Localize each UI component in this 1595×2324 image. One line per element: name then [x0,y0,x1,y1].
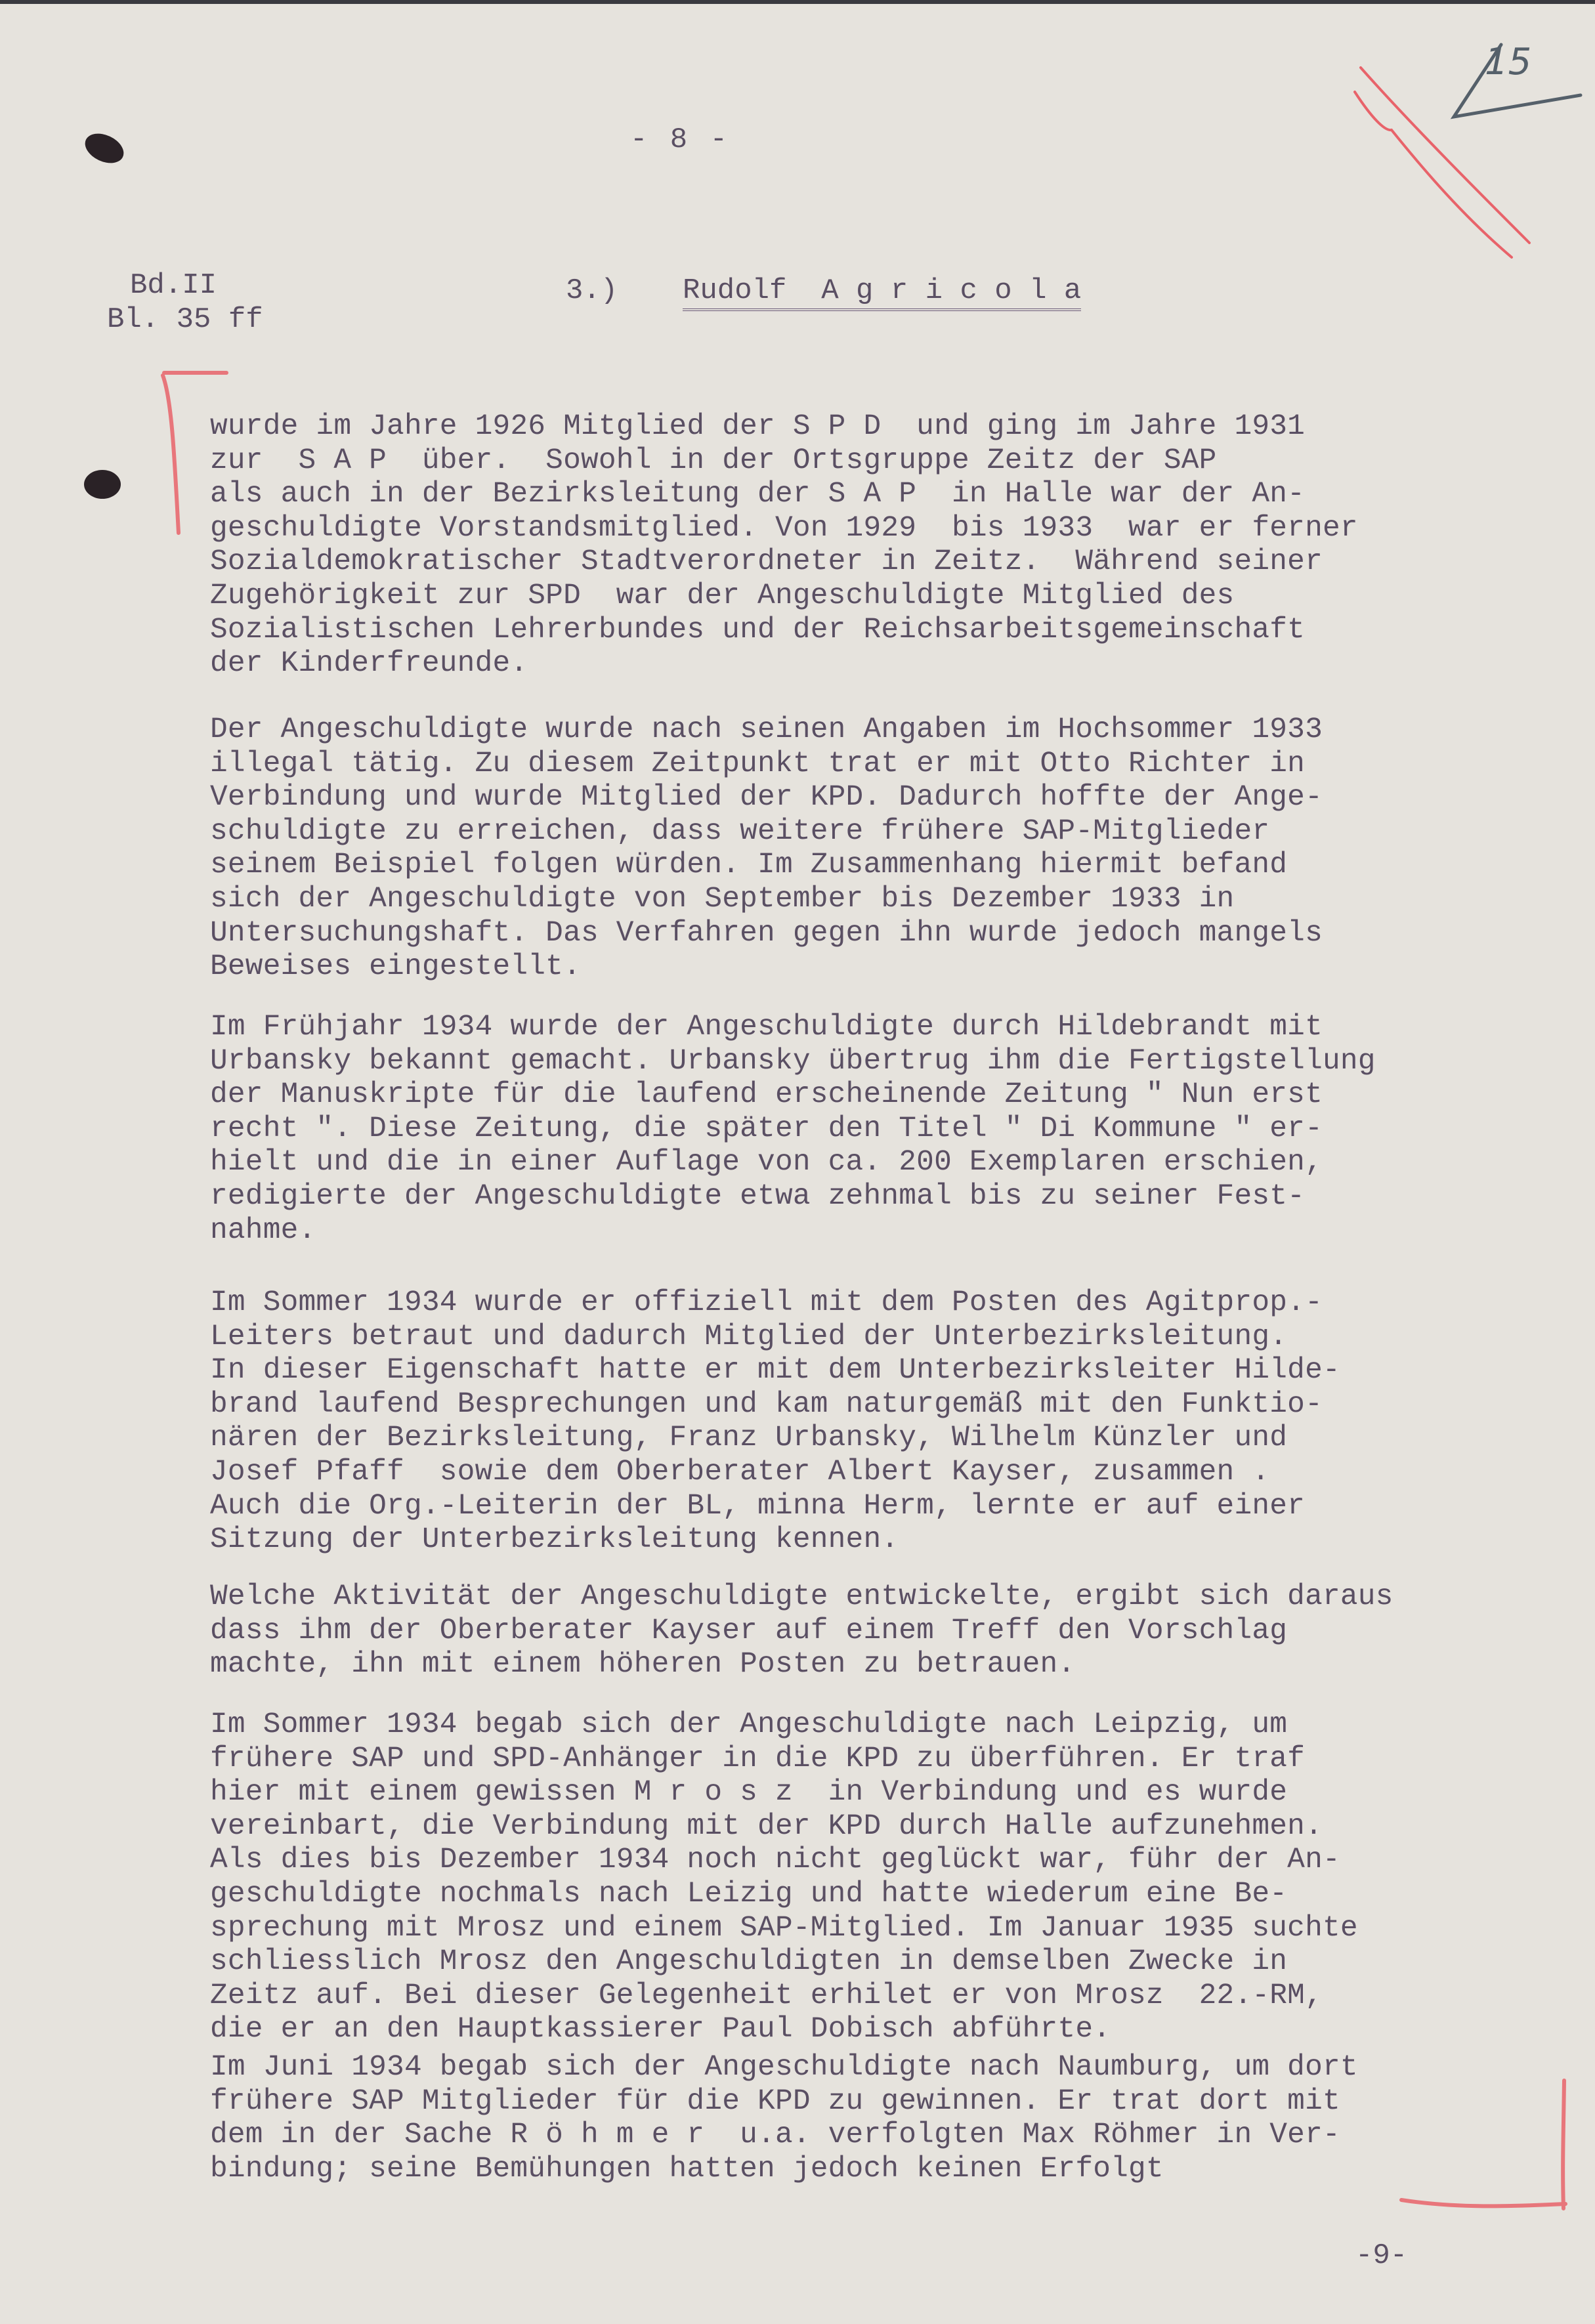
text-line: zur S A P über. Sowohl in der Ortsgruppe… [210,444,1358,478]
reference-sheet: Bl. 35 ff [107,303,263,336]
folio-number: 15 [1485,41,1531,83]
text-line: Auch die Org.-Leiterin der BL, minna Her… [210,1490,1340,1524]
text-line: bindung; seine Bemühungen hatten jedoch … [210,2153,1358,2187]
paragraph-naumburg: Im Juni 1934 begab sich der Angeschuldig… [210,2051,1358,2186]
text-line: Sozialistischen Lehrerbundes und der Rei… [210,614,1358,648]
text-line: schliesslich Mrosz den Angeschuldigten i… [210,1945,1358,1979]
text-line: hielt und die in einer Auflage von ca. 2… [210,1146,1376,1180]
red-strike-icon [1355,68,1529,257]
text-line: Zugehörigkeit zur SPD war der Angeschuld… [210,580,1358,614]
text-line: frühere SAP Mitglieder für die KPD zu ge… [210,2085,1358,2119]
red-bracket-close-icon [1401,2081,1565,2208]
text-line: nären der Bezirksleitung, Franz Urbansky… [210,1422,1340,1456]
text-line: der Manuskripte für die laufend erschein… [210,1078,1376,1112]
text-line: brand laufend Besprechungen und kam natu… [210,1388,1340,1422]
text-line: Beweises eingestellt. [210,950,1323,984]
text-line: Als dies bis Dezember 1934 noch nicht ge… [210,1844,1358,1878]
text-line: schuldigte zu erreichen, dass weitere fr… [210,815,1323,849]
text-line: recht ". Diese Zeitung, die später den T… [210,1112,1376,1147]
text-line: Urbansky bekannt gemacht. Urbansky übert… [210,1045,1376,1079]
text-line: Sitzung der Unterbezirksleitung kennen. [210,1523,1340,1557]
text-line: dass ihm der Oberberater Kayser auf eine… [210,1615,1393,1649]
text-line: der Kinderfreunde. [210,647,1358,681]
text-line: hier mit einem gewissen M r o s z in Ver… [210,1776,1358,1810]
text-line: Welche Aktivität der Angeschuldigte entw… [210,1580,1393,1615]
text-line: geschuldigte Vorstandsmitglied. Von 1929… [210,512,1358,546]
text-line: Im Frühjahr 1934 wurde der Angeschuldigt… [210,1011,1376,1045]
text-line: wurde im Jahre 1926 Mitglied der S P D u… [210,410,1358,444]
text-line: Im Sommer 1934 begab sich der Angeschuld… [210,1708,1358,1743]
text-line: Im Juni 1934 begab sich der Angeschuldig… [210,2051,1358,2085]
paragraph-agitprop: Im Sommer 1934 wurde er offiziell mit de… [210,1286,1340,1557]
text-line: seinem Beispiel folgen würden. Im Zusamm… [210,849,1323,883]
text-line: nahme. [210,1214,1376,1248]
section-number: 3.) [566,274,618,307]
paragraph-newspaper: Im Frühjahr 1934 wurde der Angeschuldigt… [210,1011,1376,1248]
text-line: frühere SAP und SPD-Anhänger in die KPD … [210,1743,1358,1777]
paragraph-activity: Welche Aktivität der Angeschuldigte entw… [210,1580,1393,1682]
text-line: Verbindung und wurde Mitglied der KPD. D… [210,781,1323,815]
reference-volume: Bd.II [130,269,217,302]
text-line: Der Angeschuldigte wurde nach seinen Ang… [210,713,1323,748]
text-line: In dieser Eigenschaft hatte er mit dem U… [210,1354,1340,1388]
text-line: sich der Angeschuldigte von September bi… [210,883,1323,917]
text-line: geschuldigte nochmals nach Leizig und ha… [210,1878,1358,1912]
text-line: Sozialdemokratischer Stadtverordneter in… [210,545,1358,580]
section-title: Rudolf A g r i c o l a [683,274,1081,311]
text-line: Im Sommer 1934 wurde er offiziell mit de… [210,1286,1340,1320]
text-line: Untersuchungshaft. Das Verfahren gegen i… [210,917,1323,951]
paragraph-leipzig: Im Sommer 1934 begab sich der Angeschuld… [210,1708,1358,2047]
text-line: die er an den Hauptkassierer Paul Dobisc… [210,2013,1358,2047]
text-line: Zeitz auf. Bei dieser Gelegenheit erhile… [210,1979,1358,2014]
text-line: redigierte der Angeschuldigte etwa zehnm… [210,1180,1376,1214]
text-line: sprechung mit Mrosz und einem SAP-Mitgli… [210,1912,1358,1946]
next-page-indicator: -9- [1355,2239,1407,2272]
text-line: als auch in der Bezirksleitung der S A P… [210,478,1358,512]
paragraph-illegal-activity-1933: Der Angeschuldigte wurde nach seinen Ang… [210,713,1323,984]
text-line: machte, ihn mit einem höheren Posten zu … [210,1648,1393,1682]
text-line: Leiters betraut und dadurch Mitglied der… [210,1320,1340,1355]
text-line: dem in der Sache R ö h m e r u.a. verfol… [210,2119,1358,2153]
paragraph-membership: wurde im Jahre 1926 Mitglied der S P D u… [210,410,1358,681]
text-line: vereinbart, die Verbindung mit der KPD d… [210,1810,1358,1844]
text-line: Josef Pfaff sowie dem Oberberater Albert… [210,1456,1340,1490]
text-line: illegal tätig. Zu diesem Zeitpunkt trat … [210,748,1323,782]
